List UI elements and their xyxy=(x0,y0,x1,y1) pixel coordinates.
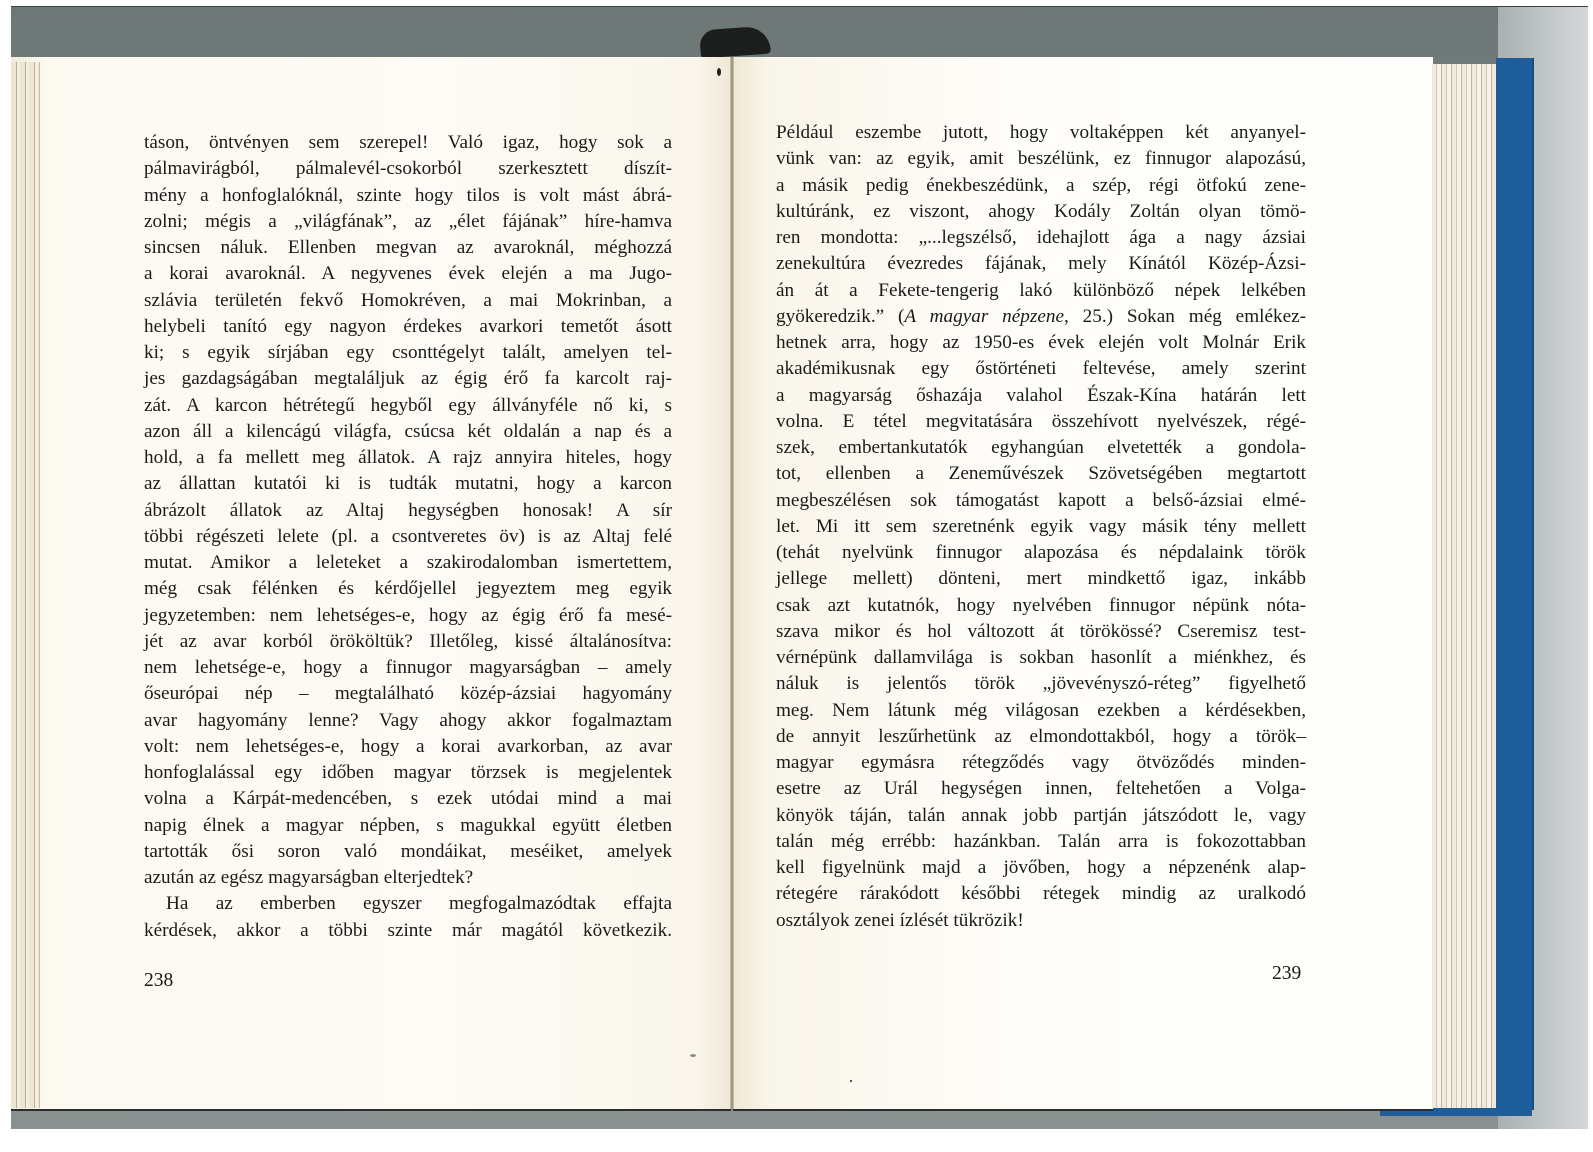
scan-speck xyxy=(717,68,721,76)
text-line: pálmavirágból, pálmalevél-csokorból szer… xyxy=(144,156,672,182)
scan-speck xyxy=(850,1080,852,1082)
text-line: a másik pedig énekbeszédünk, a szép, rég… xyxy=(776,173,1306,199)
citation-prefix: gyökeredzik.” ( xyxy=(776,306,904,327)
text-line: let. Mi itt sem szeretnénk egyik vagy má… xyxy=(776,514,1306,540)
text-line: őseurópai nép – megtalálható közép-ázsia… xyxy=(144,681,672,707)
text-line: sincsen náluk. Ellenben megvan az avarok… xyxy=(144,235,672,261)
text-line: (tehát nyelvünk finnugor alapozása és né… xyxy=(776,540,1306,566)
text-line: vérnépünk dallamvilága is sokban hasonlí… xyxy=(776,645,1306,671)
text-line: napig élnek a magyar népben, s magukkal … xyxy=(144,813,672,839)
text-line: az állattan kutatói ki is tudták mutatni… xyxy=(144,471,672,497)
text-line: Például eszembe jutott, hogy voltaképpen… xyxy=(776,120,1306,146)
text-line: mutat. Amikor a leleteket a szakirodalom… xyxy=(144,550,672,576)
text-line: án át a Fekete-tengerig lakó különböző n… xyxy=(776,278,1306,304)
text-line: zenekultúra évezredes fájának, mely Kíná… xyxy=(776,251,1306,277)
text-line: rétegére rárakódott későbbi rétegek mind… xyxy=(776,881,1306,907)
text-line: zolni; mégis a „világfának”, az „élet fá… xyxy=(144,209,672,235)
text-line: kérdések, akkor a többi szinte már magát… xyxy=(144,918,672,944)
text-line: kultúránk, ez viszont, ahogy Kodály Zolt… xyxy=(776,199,1306,225)
text-line: hetnek arra, hogy az 1950-es évek elején… xyxy=(776,330,1306,356)
text-line: táson, öntvényen sem szerepel! Való igaz… xyxy=(144,130,672,156)
text-line: ábrázolt állatok az Altaj hegységben hon… xyxy=(144,498,672,524)
text-line: a magyarság őshazája valahol Észak-Kína … xyxy=(776,383,1306,409)
text-line: szava mikor és hol változott át törököss… xyxy=(776,619,1306,645)
text-line: zát. A karcon hétrétegű hegyből egy állv… xyxy=(144,393,672,419)
text-line: hold, a fa mellett meg állatok. A rajz a… xyxy=(144,445,672,471)
text-line: magyar egymásra rétegződés vagy ötvöződé… xyxy=(776,750,1306,776)
right-page-body: Például eszembe jutott, hogy voltaképpen… xyxy=(776,120,1306,934)
book-gutter xyxy=(730,57,734,1109)
text-line: nem lehetsége-e, hogy a finnugor magyars… xyxy=(144,655,672,681)
text-line: ren mondotta: „...legszélső, idehajlott … xyxy=(776,225,1306,251)
text-line: mény a honfoglalóknál, szinte hogy tilos… xyxy=(144,183,672,209)
bookmark-ribbon xyxy=(699,26,771,59)
text-line: de annyit leszűrhetünk az elmondottakból… xyxy=(776,724,1306,750)
text-line: helybeli tanító egy nagyon érdekes avark… xyxy=(144,314,672,340)
text-line: szlávia területén fekvő Homokréven, a ma… xyxy=(144,288,672,314)
text-line: meg. Nem látunk még világosan ezekben a … xyxy=(776,698,1306,724)
text-line: honfoglalással egy időben magyar törzsek… xyxy=(144,760,672,786)
text-line: tot, ellenben a Zeneművészek Szövetségéb… xyxy=(776,461,1306,487)
text-line: vünk van: az egyik, amit beszélünk, ez f… xyxy=(776,146,1306,172)
text-line: esetre az Urál hegységen innen, feltehet… xyxy=(776,776,1306,802)
scan-speck xyxy=(690,1054,696,1057)
citation-suffix: , 25.) Sokan még emlékez- xyxy=(1064,306,1306,327)
text-line: akadémikusnak egy őstörténeti feltevése,… xyxy=(776,356,1306,382)
text-line: jegyzetemben: nem lehetséges-e, hogy az … xyxy=(144,603,672,629)
text-line: azon áll a kilencágú világfa, csúcsa két… xyxy=(144,419,672,445)
text-line: kell figyelnünk majd a jövőben, hogy a n… xyxy=(776,855,1306,881)
text-line: volt: nem lehetséges-e, hogy a korai ava… xyxy=(144,734,672,760)
text-line: volna. E tétel megvitatására összehívott… xyxy=(776,409,1306,435)
book-cover-edge xyxy=(1496,58,1534,1110)
text-line: könyök táján, talán annak jobb partján j… xyxy=(776,803,1306,829)
text-line: megbeszélésen sok támogatást kapott a be… xyxy=(776,488,1306,514)
left-page-stack-edges xyxy=(11,62,40,1108)
citation-line: gyökeredzik.” (A magyar népzene, 25.) So… xyxy=(776,304,1306,330)
citation-title: A magyar népzene xyxy=(904,306,1064,327)
page-number-right: 239 xyxy=(1272,963,1301,985)
right-page-stack-edges xyxy=(1432,64,1496,1108)
left-page-body: táson, öntvényen sem szerepel! Való igaz… xyxy=(144,130,672,944)
text-line: tartották ősi soron való mondáikat, mesé… xyxy=(144,839,672,865)
text-line: volna a Kárpát-medencében, s ezek utódai… xyxy=(144,786,672,812)
text-line: náluk is jelentős török „jövevényszó-rét… xyxy=(776,671,1306,697)
text-line: többi régészeti lelete (pl. a csontveret… xyxy=(144,524,672,550)
paragraph-end-line: azután az egész magyarságban elterjedtek… xyxy=(144,865,672,891)
text-line: jellege mellett) dönteni, mert mindkettő… xyxy=(776,566,1306,592)
page-number-left: 238 xyxy=(144,970,173,992)
text-line: a korai avaroknál. A negyvenes évek elej… xyxy=(144,261,672,287)
text-line: jes gazdagságában megtaláljuk az égig ér… xyxy=(144,366,672,392)
paragraph-end-line: osztályok zenei ízlését tükrözik! xyxy=(776,908,1306,934)
text-line: szek, embertankutatók egyhangúan elvetet… xyxy=(776,435,1306,461)
text-line: jét az avar korból örököltük? Illetőleg,… xyxy=(144,629,672,655)
paragraph-start-line: Ha az emberben egyszer megfogalmazódtak … xyxy=(144,891,672,917)
text-line: csak azt kutatnók, hogy nyelvében finnug… xyxy=(776,593,1306,619)
text-line: avar hagyomány lenne? Vagy ahogy akkor f… xyxy=(144,708,672,734)
text-line: ki; s egyik sírjában egy csonttégelyt ta… xyxy=(144,340,672,366)
text-line: talán még errébb: hazánkban. Talán arra … xyxy=(776,829,1306,855)
text-line: még csak félénken és kérdőjellel jegyezt… xyxy=(144,576,672,602)
